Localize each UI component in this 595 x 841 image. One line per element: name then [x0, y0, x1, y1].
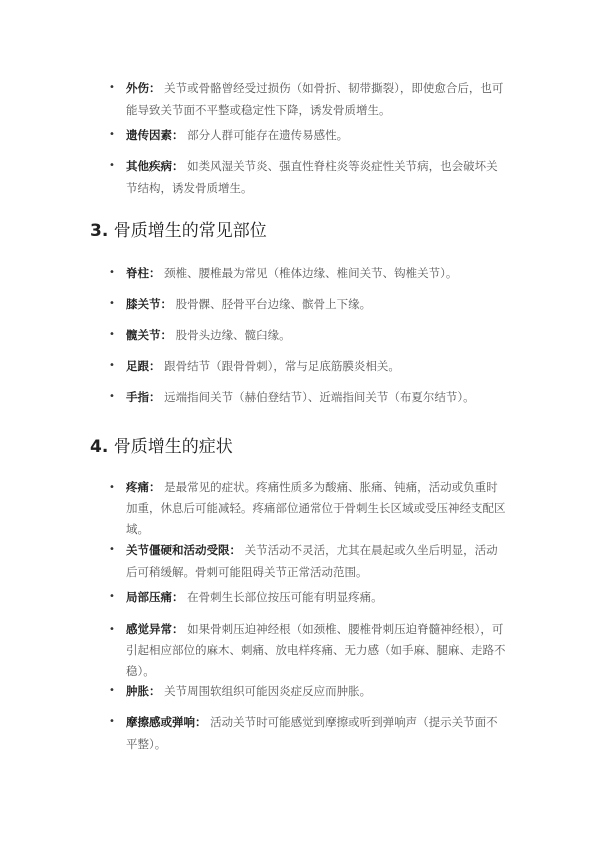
list-item-sensory: • 感觉异常： 如果骨刺压迫神经根（如颈椎、腰椎骨刺压迫脊髓神经根），可引起相应…: [126, 619, 506, 682]
item-text: 关节周围软组织可能因炎症反应而肿胀。: [164, 684, 371, 698]
bullet-icon: •: [109, 124, 115, 146]
list-item-hip: • 髋关节： 股骨头边缘、髋臼缘。: [126, 324, 506, 346]
item-label: 遗传因素：: [126, 128, 184, 142]
bullet-icon: •: [109, 77, 115, 99]
bullet-icon: •: [109, 619, 115, 640]
list-item-genetics: • 遗传因素： 部分人群可能存在遗传易感性。: [126, 124, 506, 146]
bullet-icon: •: [109, 262, 115, 284]
bullet-icon: •: [109, 539, 115, 561]
item-text: 在骨刺生长部位按压可能有明显疼痛。: [187, 590, 383, 604]
list-item-spine: • 脊柱： 颈椎、腰椎最为常见（椎体边缘、椎间关节、钩椎关节）。: [126, 262, 506, 284]
list-item-knee: • 膝关节： 股骨髁、胫骨平台边缘、髌骨上下缘。: [126, 293, 506, 315]
item-label: 脊柱：: [126, 266, 161, 280]
item-label: 髋关节：: [126, 328, 172, 342]
item-text: 是最常见的症状。疼痛性质多为酸痛、胀痛、钝痛，活动或负重时加重，休息后可能减轻。…: [126, 480, 506, 536]
item-label: 关节僵硬和活动受限：: [126, 543, 241, 557]
item-label: 膝关节：: [126, 297, 172, 311]
item-text: 远端指间关节（赫伯登结节）、近端指间关节（布夏尔结节）。: [164, 390, 475, 404]
section-heading-symptoms: 4. 骨质增生的症状: [90, 432, 233, 457]
section-heading-common-sites: 3. 骨质增生的常见部位: [90, 216, 267, 241]
item-label: 足跟：: [126, 359, 161, 373]
section-title: 骨质增生的常见部位: [114, 221, 267, 241]
list-item-swelling: • 肿胀： 关节周围软组织可能因炎症反应而肿胀。: [126, 680, 506, 702]
bullet-icon: •: [109, 680, 115, 702]
item-text: 股骨髁、胫骨平台边缘、髌骨上下缘。: [176, 297, 372, 311]
item-text: 股骨头边缘、髋臼缘。: [176, 328, 291, 342]
section-number: 4.: [90, 437, 108, 457]
item-label: 其他疾病：: [126, 159, 184, 173]
bullet-icon: •: [109, 711, 115, 733]
item-text: 颈椎、腰椎最为常见（椎体边缘、椎间关节、钩椎关节）。: [164, 266, 457, 280]
list-item-tenderness: • 局部压痛： 在骨刺生长部位按压可能有明显疼痛。: [126, 586, 506, 608]
bullet-icon: •: [109, 155, 115, 177]
item-text: 部分人群可能存在遗传易感性。: [187, 128, 348, 142]
list-item-pain: • 疼痛： 是最常见的症状。疼痛性质多为酸痛、胀痛、钝痛，活动或负重时加重，休息…: [126, 477, 506, 540]
list-item-crepitus: • 摩擦感或弹响： 活动关节时可能感觉到摩擦或听到弹响声（提示关节面不平整）。: [126, 711, 506, 755]
bullet-icon: •: [109, 293, 115, 315]
item-text: 关节或骨骼曾经受过损伤（如骨折、韧带撕裂），即使愈合后，也可能导致关节面不平整或…: [126, 81, 503, 117]
list-item-fingers: • 手指： 远端指间关节（赫伯登结节）、近端指间关节（布夏尔结节）。: [126, 386, 546, 408]
list-item-other-diseases: • 其他疾病： 如类风湿关节炎、强直性脊柱炎等炎症性关节病，也会破坏关节结构，诱…: [126, 155, 506, 199]
bullet-icon: •: [109, 586, 115, 608]
section-number: 3.: [90, 221, 108, 241]
section-title: 骨质增生的症状: [114, 437, 233, 457]
item-label: 外伤：: [126, 81, 161, 95]
bullet-icon: •: [109, 355, 115, 377]
item-label: 疼痛：: [126, 480, 161, 494]
bullet-icon: •: [109, 386, 115, 408]
bullet-icon: •: [109, 324, 115, 346]
item-label: 手指：: [126, 390, 161, 404]
item-label: 摩擦感或弹响：: [126, 715, 207, 729]
item-label: 肿胀：: [126, 684, 161, 698]
list-item-heel: • 足跟： 跟骨结节（跟骨骨刺），常与足底筋膜炎相关。: [126, 355, 506, 377]
item-label: 感觉异常：: [126, 622, 184, 636]
list-item-trauma: • 外伤： 关节或骨骼曾经受过损伤（如骨折、韧带撕裂），即使愈合后，也可能导致关…: [126, 77, 506, 121]
document-page: • 外伤： 关节或骨骼曾经受过损伤（如骨折、韧带撕裂），即使愈合后，也可能导致关…: [0, 0, 595, 841]
item-text: 跟骨结节（跟骨骨刺），常与足底筋膜炎相关。: [164, 359, 400, 373]
list-item-stiffness: • 关节僵硬和活动受限： 关节活动不灵活，尤其在晨起或久坐后明显，活动后可稍缓解…: [126, 539, 506, 583]
item-label: 局部压痛：: [126, 590, 184, 604]
bullet-icon: •: [109, 477, 115, 498]
